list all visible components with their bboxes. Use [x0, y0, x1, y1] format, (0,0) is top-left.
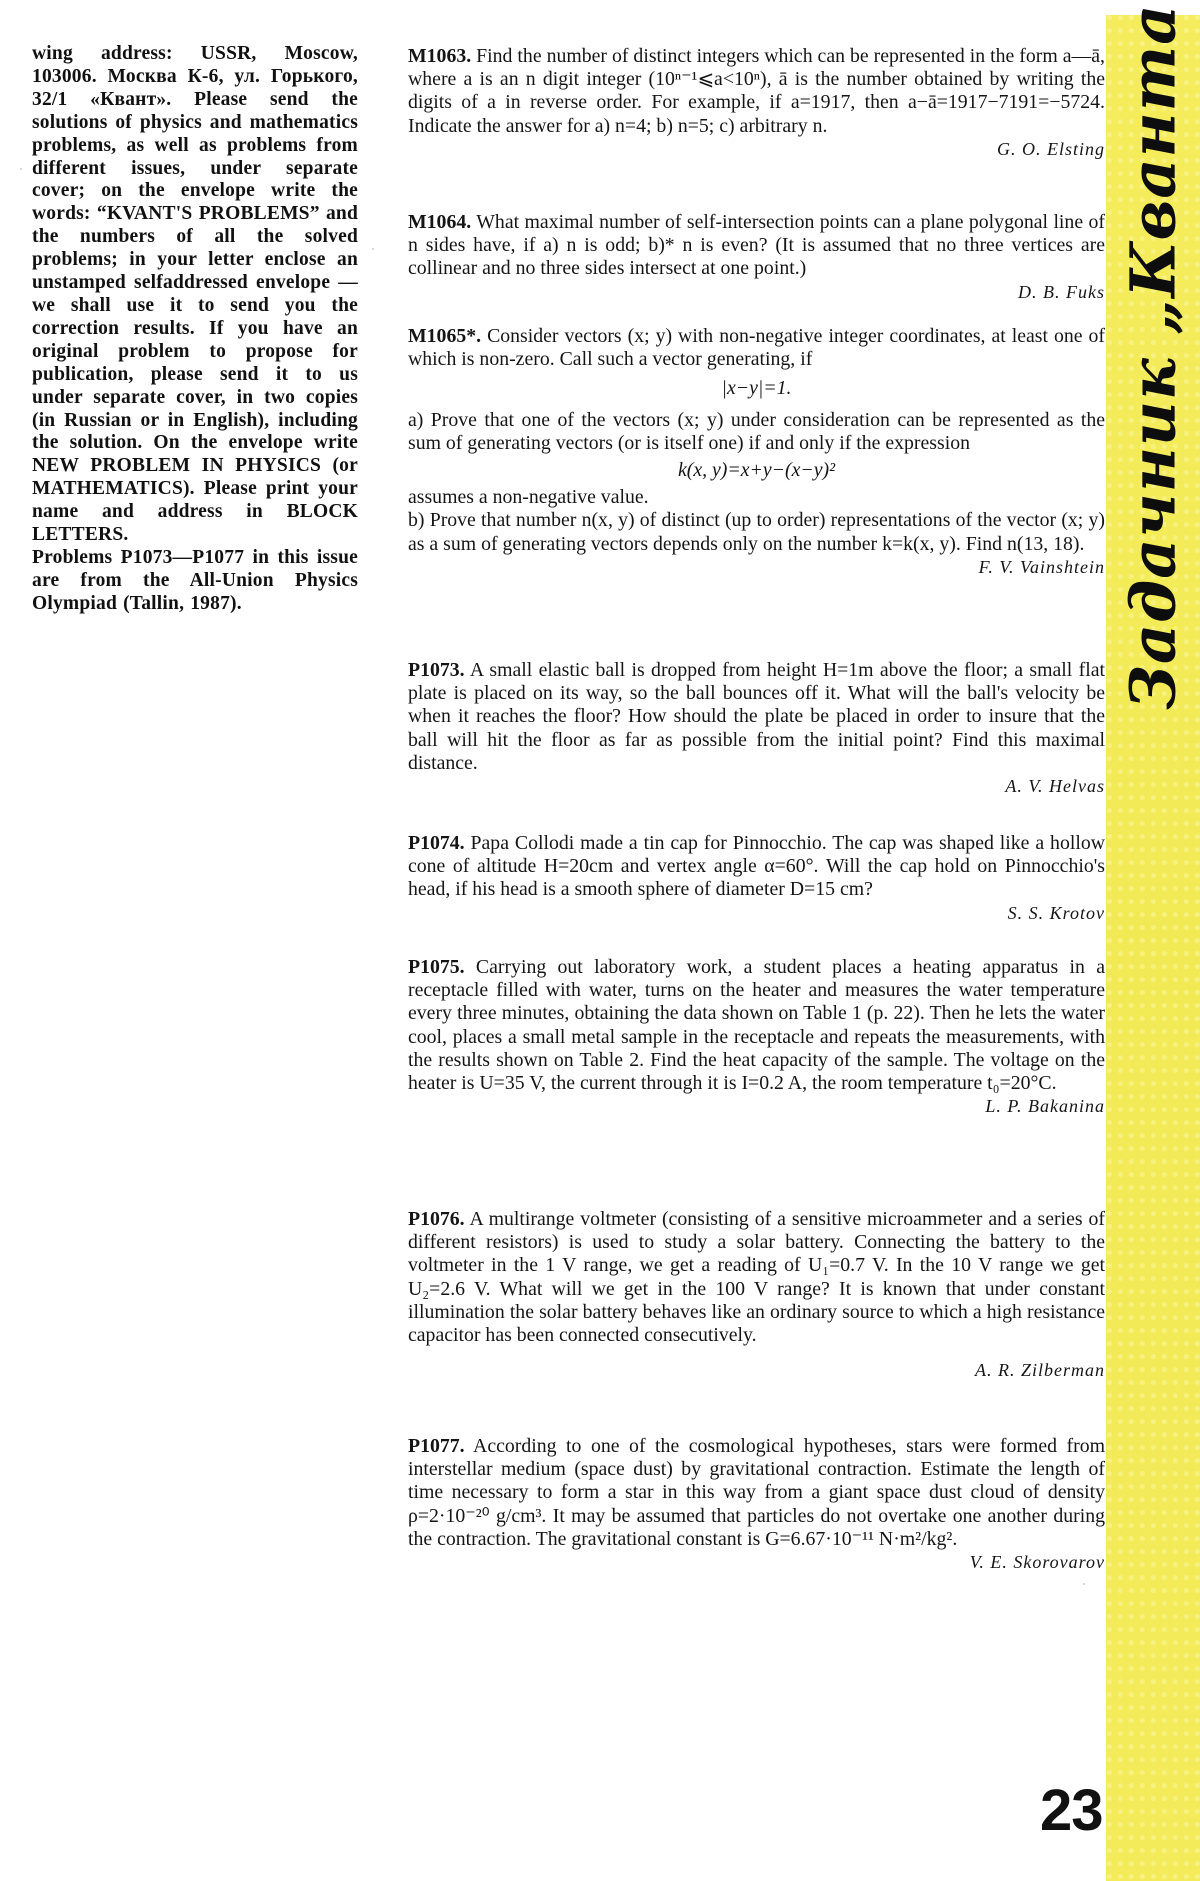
problem-m1065: M1065*. Consider vectors (x; y) with non…: [408, 325, 1105, 578]
generating-condition-formula: |x−y|=1.: [408, 377, 1105, 400]
problem-author: G. O. Elsting: [408, 138, 1105, 160]
problem-part-b: b) Prove that number n(x, y) of distinct…: [408, 509, 1105, 555]
problem-part-a: a) Prove that one of the vectors (x; y) …: [408, 409, 1105, 455]
problem-m1063: M1063. Find the number of distinct integ…: [408, 45, 1105, 160]
problem-author: L. P. Bakanina: [408, 1095, 1105, 1117]
instructions-paragraph: wing address: USSR, Moscow, 103006. Моск…: [32, 43, 358, 547]
problem-text: A small elastic ball is dropped from hei…: [408, 659, 1105, 774]
problem-text: Papa Collodi made a tin cap for Pinnocch…: [408, 832, 1105, 900]
problem-p1076: P1076. A multirange voltmeter (consistin…: [408, 1208, 1105, 1381]
problem-code: M1063.: [408, 45, 471, 67]
print-speck: [372, 248, 374, 250]
page-number: 23: [1040, 1781, 1103, 1841]
problem-code: P1073.: [408, 659, 465, 681]
k-function-formula: k(x, y)=x+y−(x−y)²: [408, 459, 1105, 482]
problem-code: P1076.: [408, 1208, 465, 1230]
problem-p1077: P1077. According to one of the cosmologi…: [408, 1435, 1105, 1573]
problem-m1064: M1064. What maximal number of self-inter…: [408, 211, 1105, 303]
problem-code: P1077.: [408, 1435, 465, 1457]
problem-author: A. V. Helvas: [408, 775, 1105, 797]
problem-author: S. S. Krotov: [408, 902, 1105, 924]
problem-code: P1075.: [408, 956, 465, 978]
olympiad-note: Problems P1073—P1077 in this issue are f…: [32, 547, 358, 616]
problem-text: Find the number of distinct integers whi…: [408, 45, 1105, 137]
problem-author: F. V. Vainshtein: [408, 556, 1105, 578]
problem-text: Consider vectors (x; y) with non-negativ…: [408, 325, 1105, 370]
problem-p1073: P1073. A small elastic ball is dropped f…: [408, 659, 1105, 797]
problem-author: V. E. Skorovarov: [408, 1551, 1105, 1573]
problem-text: A multirange voltmeter (consisting of a …: [408, 1208, 1105, 1346]
problem-p1074: P1074. Papa Collodi made a tin cap for P…: [408, 832, 1105, 924]
problem-text: According to one of the cosmological hyp…: [408, 1435, 1105, 1550]
problem-p1075: P1075. Carrying out laboratory work, a s…: [408, 956, 1105, 1117]
problem-code: P1074.: [408, 832, 465, 854]
problem-author: A. R. Zilberman: [408, 1359, 1105, 1381]
problem-text: What maximal number of self-intersection…: [408, 211, 1105, 279]
problem-part-a-end: assumes a non-negative value.: [408, 486, 1105, 509]
submission-instructions: wing address: USSR, Moscow, 103006. Моск…: [32, 43, 358, 616]
problem-code: M1064.: [408, 211, 471, 233]
print-speck: [20, 168, 22, 170]
problem-text: Carrying out laboratory work, a student …: [408, 956, 1105, 1094]
section-title-handwritten: Задачник „Кванта": [1117, 0, 1190, 710]
print-speck: [1083, 1583, 1085, 1585]
problem-code: M1065*.: [408, 325, 481, 347]
problem-author: D. B. Fuks: [408, 281, 1105, 303]
